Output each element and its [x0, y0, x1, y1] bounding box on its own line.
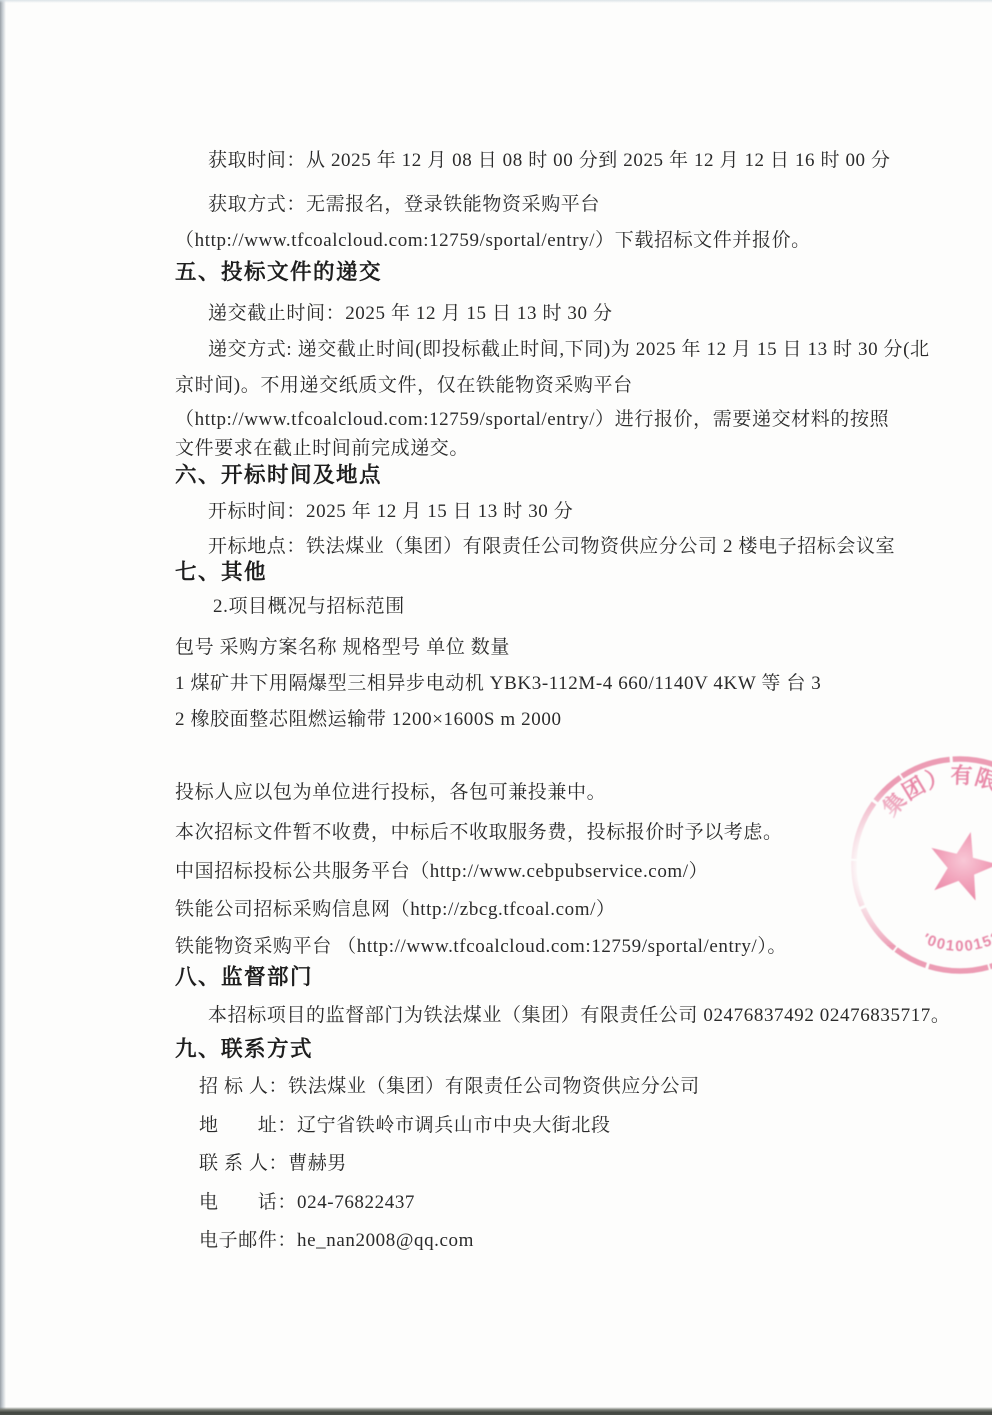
section-heading-submission: 五、投标文件的递交 [175, 261, 382, 283]
doc-line-supervision-info: 本招标项目的监督部门为铁法煤业（集团）有限责任公司 02476837492 02… [208, 1005, 951, 1027]
doc-line-opening-place: 开标地点：铁法煤业（集团）有限责任公司物资供应分公司 2 楼电子招标会议室 [208, 536, 895, 558]
table-header-row: 包号 采购方案名称 规格型号 单位 数量 [175, 637, 510, 659]
table-row-1: 1 煤矿井下用隔爆型三相异步电动机 YBK3-112M-4 660/1140V … [175, 673, 821, 695]
contact-line-person: 联 系 人：曹赫男 [199, 1153, 347, 1175]
doc-line-submit-url: （http://www.tfcoalcloud.com:12759/sporta… [175, 409, 889, 431]
section-heading-opening: 六、开标时间及地点 [175, 464, 382, 486]
scanned-tender-document-page: { "page": { "paper_color": "#fdfdfc", "t… [0, 0, 992, 1415]
seal-ink-fade [846, 790, 934, 945]
section-heading-contact: 九、联系方式 [175, 1038, 313, 1060]
doc-line-opening-time: 开标时间：2025 年 12 月 15 日 13 时 30 分 [208, 501, 573, 523]
doc-line-acquire-method: 获取方式：无需报名，登录铁能物资采购平台 [208, 194, 600, 216]
doc-line-bid-package-note: 投标人应以包为单位进行投标，各包可兼投兼中。 [175, 782, 606, 804]
doc-line-project-overview: 2.项目概况与招标范围 [213, 596, 405, 618]
section-heading-supervision: 八、监督部门 [175, 966, 313, 988]
contact-line-address: 地 址：辽宁省铁岭市调兵山市中央大街北段 [199, 1115, 611, 1137]
scan-edge-left [0, 0, 6, 1415]
doc-line-platform-tfcoalcloud: 铁能物资采购平台 （http://www.tfcoalcloud.com:127… [175, 936, 787, 958]
scan-edge-bottom [0, 1407, 992, 1415]
contact-line-bidder: 招 标 人：铁法煤业（集团）有限责任公司物资供应分公司 [199, 1076, 700, 1098]
doc-line-platform-tfcoal: 铁能公司招标采购信息网（http://zbcg.tfcoal.com/） [175, 899, 616, 921]
contact-line-email: 电子邮件：he_nan2008@qq.com [199, 1230, 474, 1252]
contact-line-phone: 电 话：024-76822437 [199, 1192, 415, 1214]
doc-line-submit-method-3: 文件要求在截止时间前完成递交。 [175, 438, 469, 460]
section-heading-other: 七、其他 [175, 561, 267, 583]
doc-line-acquire-url: （http://www.tfcoalcloud.com:12759/sporta… [175, 230, 811, 252]
doc-line-fee-note: 本次招标文件暂不收费，中标后不收取服务费，投标报价时予以考虑。 [175, 822, 783, 844]
doc-line-platform-cebpub: 中国招标投标公共服务平台（http://www.cebpubservice.co… [175, 861, 708, 883]
table-row-2: 2 橡胶面整芯阻燃运输带 1200×1600S m 2000 [175, 709, 562, 731]
doc-line-submit-method-2: 京时间)。不用递交纸质文件，仅在铁能物资采购平台 [175, 375, 633, 397]
doc-line-submit-method-1: 递交方式: 递交截止时间(即投标截止时间,下同)为 2025 年 12 月 15… [208, 339, 930, 361]
doc-line-deadline: 递交截止时间：2025 年 12 月 15 日 13 时 30 分 [208, 303, 613, 325]
scan-edge-top [0, 0, 992, 3]
doc-line-acquire-time: 获取时间：从 2025 年 12 月 08 日 08 时 00 分到 2025 … [208, 150, 891, 172]
